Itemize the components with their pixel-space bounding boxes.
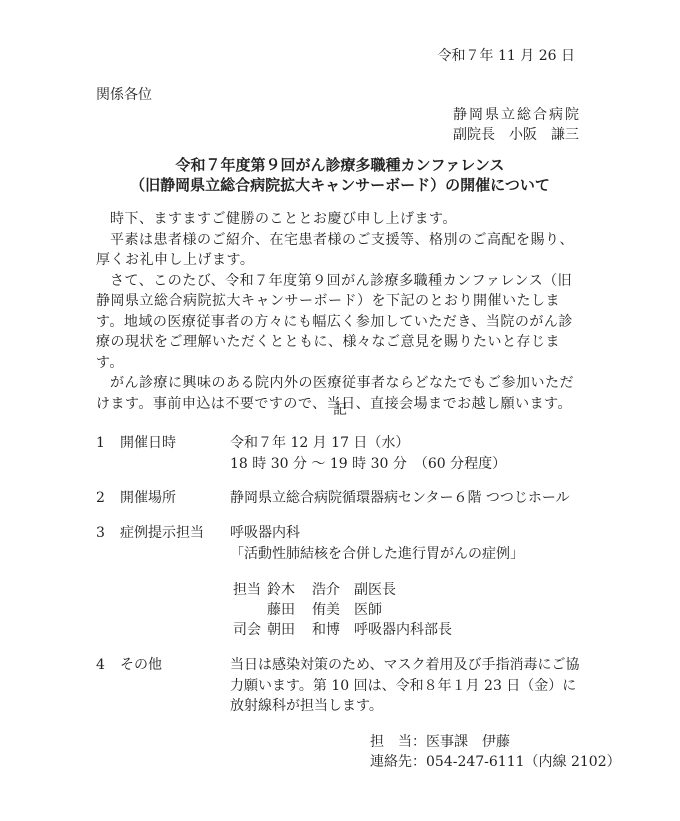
case-title: 「活動性肺結核を合併した進行胃がんの症例」 [230, 544, 524, 565]
item-number: 1 [96, 433, 116, 454]
event-time: 18 時 30 分 ～ 19 時 30 分 （60 分程度） [230, 454, 506, 475]
item-content: 当日は感染対策のため、マスク着用及び手指消毒にご協力願います。第 10 回は、令… [230, 655, 580, 717]
item-number: 3 [96, 523, 116, 544]
event-date: 令和７年 12 月 17 日（水） [230, 433, 506, 454]
staff-row: 司会 朝田 和博 呼吸器内科部長 [233, 620, 452, 640]
item-label: その他 [120, 655, 162, 676]
item-content: 静岡県立総合病院循環器病センター６階 つつじホール [230, 488, 570, 509]
title-line-1: 令和７年度第９回がん診療多職種カンファレンス [0, 155, 680, 175]
title-line-2: （旧静岡県立総合病院拡大キャンサーボード）の開催について [0, 175, 680, 195]
item-label: 開催日時 [120, 433, 176, 454]
item-content: 呼吸器内科 「活動性肺結核を合併した進行胃がんの症例」 [230, 523, 524, 564]
staff-row: 担当 鈴木 浩介 副医長 [233, 580, 452, 600]
item-number: 2 [96, 488, 116, 509]
paragraph-thanks: 平素は患者様のご紹介、在宅患者様のご支援等、格別のご高配を賜り、厚くお礼申し上げ… [96, 230, 586, 271]
department: 呼吸器内科 [230, 523, 524, 544]
paragraph-announcement: さて、このたび、令和７年度第９回がん診療多職種カンファレンス（旧静岡県立総合病院… [96, 271, 586, 374]
body-text: 時下、ますますご健勝のこととお慶び申し上げます。 平素は患者様のご紹介、在宅患者… [96, 209, 586, 414]
event-venue: 静岡県立総合病院循環器病センター６階 つつじホール [230, 488, 570, 509]
document-date: 令和７年 11 月 26 日 [438, 46, 575, 67]
sender-block: 静岡県立総合病院 副院長 小阪 謙三 [453, 105, 581, 145]
staff-row: 藤田 侑美 医師 [233, 600, 452, 620]
sender-org: 静岡県立総合病院 [453, 105, 581, 125]
contact-block: 担 当：医事課 伊藤 連絡先：054-247-6111（内線 2102） [370, 732, 621, 772]
document-title: 令和７年度第９回がん診療多職種カンファレンス （旧静岡県立総合病院拡大キャンサー… [0, 155, 680, 195]
recipient: 関係各位 [96, 85, 152, 106]
contact-person: 担 当：医事課 伊藤 [370, 732, 621, 752]
contact-phone: 連絡先：054-247-6111（内線 2102） [370, 752, 621, 772]
item-number: 4 [96, 655, 116, 676]
item-content: 令和７年 12 月 17 日（水） 18 時 30 分 ～ 19 時 30 分 … [230, 433, 506, 474]
sender-name: 副院長 小阪 謙三 [453, 125, 581, 145]
item-label: 開催場所 [120, 488, 176, 509]
paragraph-greeting: 時下、ますますご健勝のこととお慶び申し上げます。 [96, 209, 586, 230]
staff-list: 担当 鈴木 浩介 副医長 藤田 侑美 医師 司会 朝田 和博 呼吸器内科部長 [233, 580, 452, 640]
ki-heading: 記 [0, 400, 680, 421]
item-label: 症例提示担当 [120, 523, 204, 544]
